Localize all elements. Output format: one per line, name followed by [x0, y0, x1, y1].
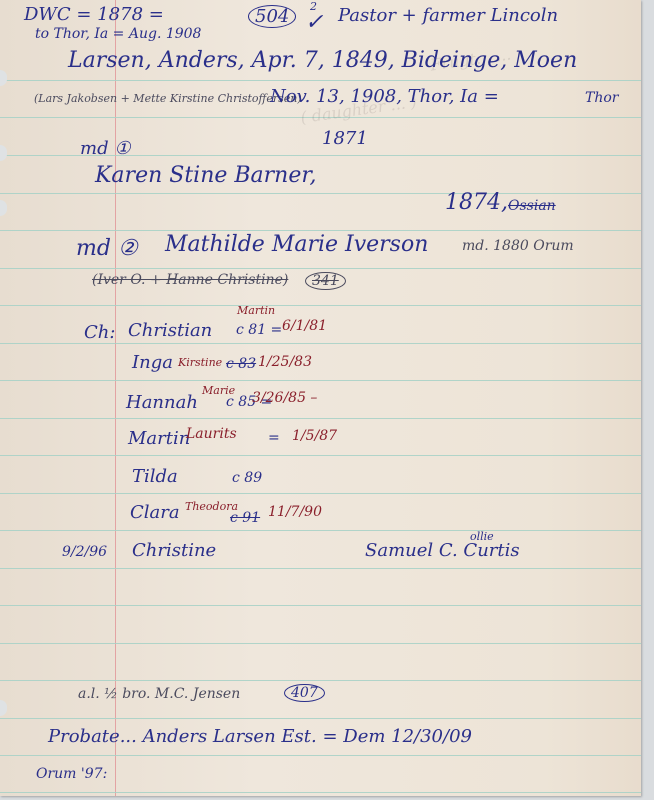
child-added-name: Martin: [237, 304, 275, 317]
ruled-line: [0, 792, 641, 793]
record-number: 504: [248, 5, 296, 28]
ruled-line: [0, 380, 641, 381]
ruled-line: [0, 305, 641, 306]
marriage-2-parents-struck: (Iver O. + Hanne Christine): [92, 272, 288, 288]
ruled-line: [0, 193, 641, 194]
arrival-line: to Thor, Ia = Aug. 1908: [35, 26, 201, 42]
ruled-line: [0, 680, 641, 681]
ruled-line: [0, 230, 641, 231]
orum-note: Orum '97:: [36, 766, 107, 782]
christine-spouse-super: ollie: [470, 530, 494, 543]
child-added-name: Kirstine: [178, 356, 222, 369]
ruled-line: [0, 530, 641, 531]
half-brother-note: a.l. ½ bro. M.C. Jensen: [78, 686, 240, 702]
christine-name: Christine: [132, 540, 216, 561]
ruled-line: [0, 718, 641, 719]
ruled-line: [0, 493, 641, 494]
christine-spouse: Samuel C. Curtis: [365, 540, 520, 561]
lined-paper-page: Frugt... ... ( daughter ... ) DWC = 1878…: [0, 0, 641, 796]
christine-date: 9/2/96: [62, 544, 107, 560]
torn-edge: [0, 200, 7, 216]
ruled-line: [0, 268, 641, 269]
ruled-line: [0, 455, 641, 456]
marriage-1-spouse: Karen Stine Barner,: [95, 163, 316, 188]
child-date: 3/26/85 –: [252, 390, 317, 406]
ruled-line: [0, 80, 641, 81]
child-birth: =: [268, 430, 280, 446]
marriage-1-place-struck: Ossian: [508, 198, 556, 214]
dwc-line: DWC = 1878 =: [24, 4, 164, 25]
child-birth: c 81 =: [236, 322, 282, 338]
torn-edge: [0, 700, 7, 716]
ruled-line: [0, 643, 641, 644]
subject-parents: (Lars Jakobsen + Mette Kirstine Christof…: [34, 92, 302, 105]
ruled-line: [0, 418, 641, 419]
child-added-name: Laurits: [186, 426, 237, 442]
marriage-2-spouse: Mathilde Marie Iverson: [165, 232, 428, 257]
ruled-line: [0, 755, 641, 756]
child-name: Tilda: [132, 466, 178, 487]
child-date: 1/25/83: [258, 354, 312, 370]
subject-name-line: Larsen, Anders, Apr. 7, 1849, Bideinge, …: [68, 48, 577, 73]
child-birth: c 89: [232, 470, 262, 486]
child-date: 11/7/90: [268, 504, 322, 520]
marriage-2-ref-struck: 341: [305, 272, 346, 290]
check-icon: ✓: [305, 10, 323, 35]
ruled-line: [0, 568, 641, 569]
ruled-line: [0, 343, 641, 344]
child-date: 1/5/87: [292, 428, 337, 444]
marriage-2-label: md ②: [76, 236, 138, 261]
pastor-note: Pastor + farmer Lincoln: [338, 5, 558, 26]
child-birth: c 83: [226, 356, 256, 372]
marriage-1-label: md ①: [80, 138, 130, 159]
subject-death-line: Nov. 13, 1908, Thor, Ia =: [270, 86, 499, 107]
child-birth: c 91: [230, 510, 260, 526]
red-margin-line: [115, 0, 116, 796]
child-date: 6/1/81: [282, 318, 327, 334]
children-label: Ch:: [84, 322, 115, 343]
child-name: Martin: [128, 428, 190, 449]
marriage-2-note: md. 1880 Orum: [462, 238, 574, 254]
child-name: Clara: [130, 502, 180, 523]
ruled-line: [0, 605, 641, 606]
probate-note: Probate... Anders Larsen Est. = Dem 12/3…: [48, 726, 472, 747]
torn-edge: [0, 145, 7, 161]
child-name: Inga: [132, 352, 173, 373]
child-name: Christian: [128, 320, 212, 341]
half-brother-ref: 407: [284, 684, 325, 702]
child-name: Hannah: [126, 392, 198, 413]
marriage-1-death: 1874,: [445, 190, 508, 215]
torn-edge: [0, 70, 7, 86]
marriage-1-year: 1871: [322, 128, 368, 149]
burial-place: Thor: [585, 90, 618, 106]
